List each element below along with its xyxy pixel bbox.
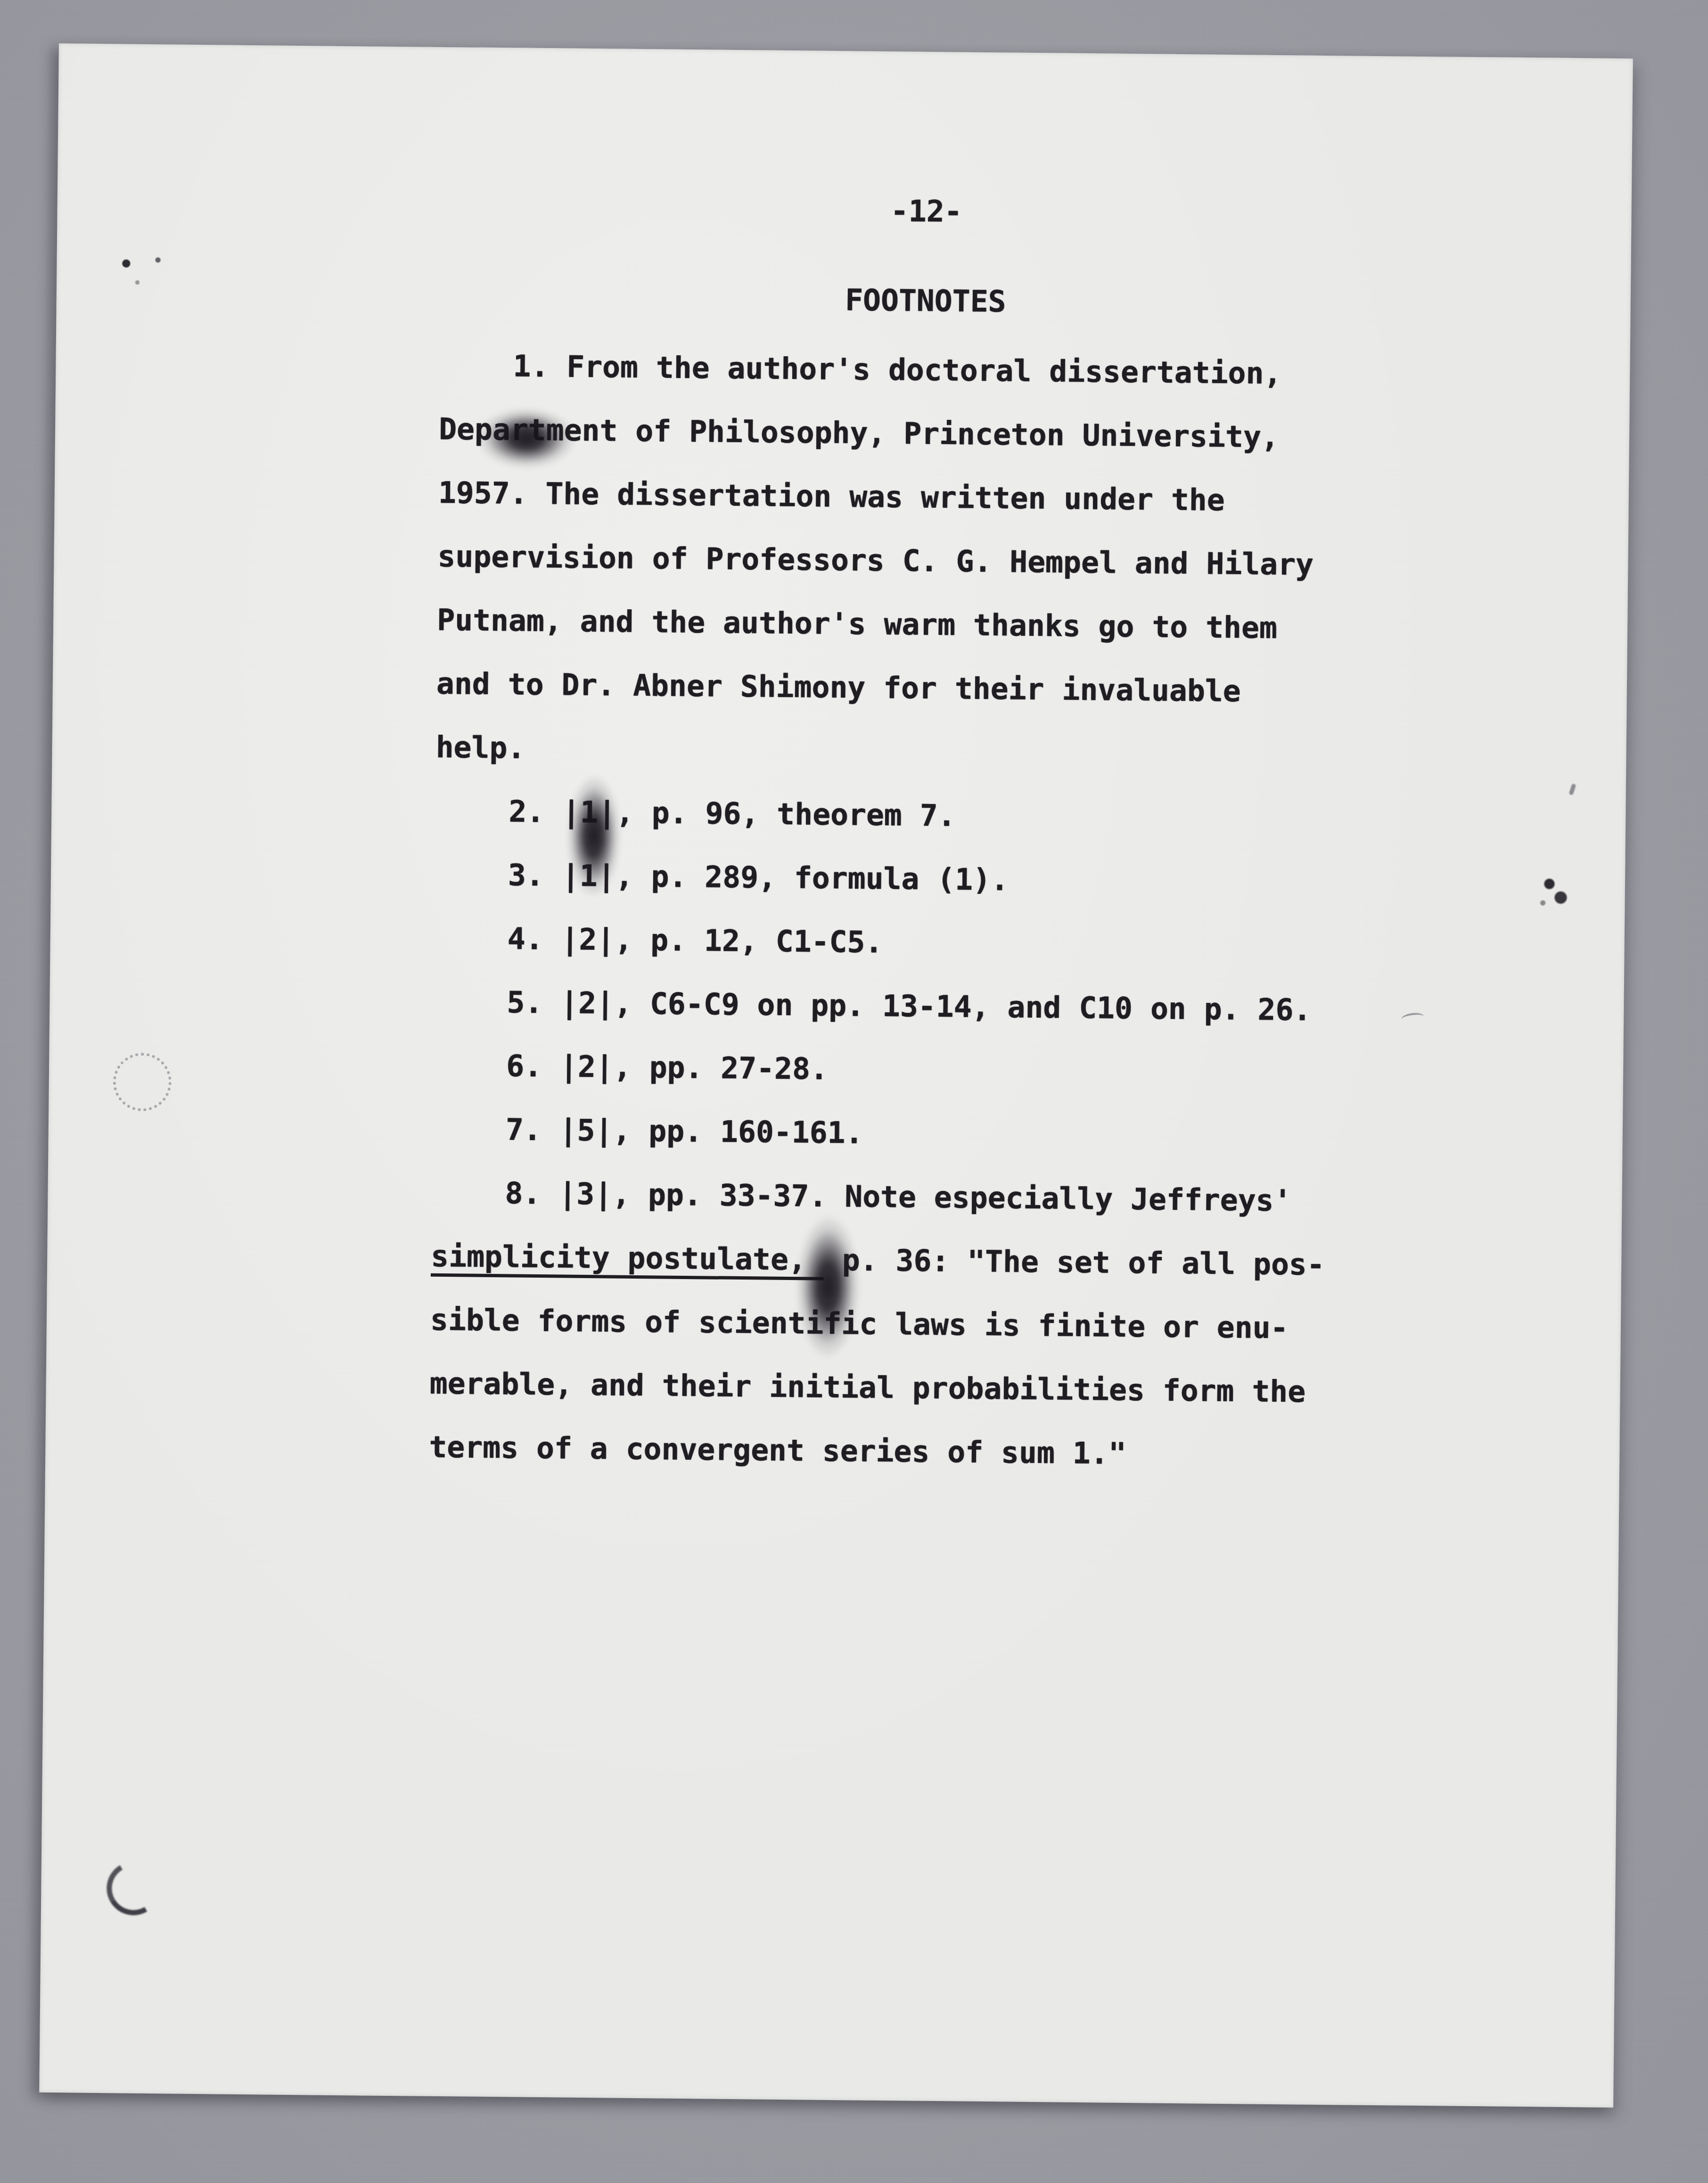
typed-line: 1. From the author's doctoral dissertati… — [439, 348, 1282, 391]
typed-line: 5. |2|, C6-C9 on pp. 13-14, and C10 on p… — [433, 985, 1311, 1028]
stray-pencil-mark — [1401, 1012, 1424, 1024]
typed-line: 2. |1|, p. 96, theorem 7. — [435, 794, 956, 834]
typed-line-underlined: simplicity postulate, p. 36: "The set of… — [431, 1239, 1325, 1282]
typed-line: help. — [435, 730, 525, 766]
typed-line: Putnam, and the author's warm thanks go … — [437, 603, 1277, 646]
typed-line: 1957. The dissertation was written under… — [438, 476, 1225, 518]
ink-specks-top-left — [114, 251, 171, 289]
typed-line: terms of a convergent series of sum 1." — [429, 1430, 1126, 1471]
typed-line: merable, and their initial probabilities… — [429, 1366, 1306, 1410]
underlined-phrase: simplicity postulate, — [431, 1239, 824, 1280]
typed-line: and to Dr. Abner Shimony for their inval… — [436, 666, 1241, 709]
ring-stain — [113, 1052, 172, 1111]
typed-line: 7. |5|, pp. 160-161. — [432, 1112, 863, 1151]
document-page: -12- FOOTNOTES 1. From the author's doct… — [39, 43, 1633, 2108]
ink-blot-department — [476, 407, 577, 470]
stray-ink-tick — [1568, 783, 1576, 796]
typed-line: 3. |1|, p. 289, formula (1). — [435, 857, 1009, 898]
typed-line: 4. |2|, p. 12, C1-C5. — [434, 921, 883, 960]
typed-line: supervision of Professors C. G. Hempel a… — [437, 539, 1314, 583]
typed-line: sible forms of scientific laws is finite… — [430, 1303, 1289, 1346]
ink-specks-right-margin — [1534, 871, 1577, 914]
page-number: -12- — [441, 189, 1412, 234]
crescent-mark — [101, 1855, 166, 1921]
section-heading: FOOTNOTES — [440, 279, 1411, 323]
scanner-bed: -12- FOOTNOTES 1. From the author's doct… — [0, 0, 1708, 2183]
typed-line: 8. |3|, pp. 33-37. Note especially Jeffr… — [431, 1175, 1292, 1219]
line-rest: p. 36: "The set of all pos- — [824, 1243, 1325, 1282]
typed-line: 6. |2|, pp. 27-28. — [433, 1048, 828, 1087]
